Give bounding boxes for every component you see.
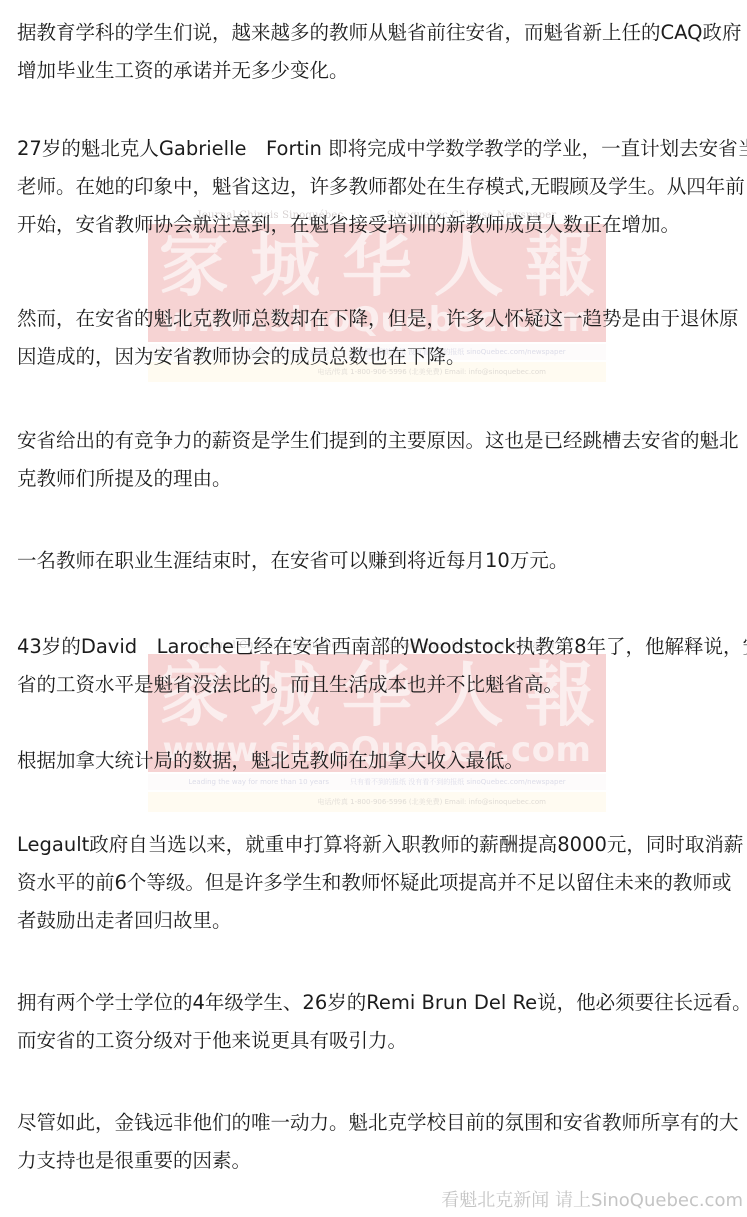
paragraph-line: 拥有两个学士学位的4年级学生、26岁的Remi Brun Del Re说，他必须… <box>17 984 737 1022</box>
paragraph-line: 因造成的，因为安省教师协会的成员总数也在下降。 <box>17 338 737 376</box>
paragraph-line: 而安省的工资分级对于他来说更具有吸引力。 <box>17 1022 737 1060</box>
paragraph-line: 43岁的David Laroche已经在安省西南部的Woodstock执教第8年… <box>17 628 737 666</box>
paragraph-line: 据教育学科的学生们说，越来越多的教师从魁省前往安省，而魁省新上任的CAQ政府 <box>17 14 737 52</box>
paragraph-line: 一名教师在职业生涯结束时，在安省可以赚到将近每月10万元。 <box>17 542 737 580</box>
site-promo-watermark: 看魁北克新闻 请上SinoQuebec.com <box>441 1186 743 1212</box>
paragraph-line: 省的工资水平是魁省没法比的。而且生活成本也并不比魁省高。 <box>17 666 737 704</box>
paragraph: 根据加拿大统计局的数据，魁北克教师在加拿大收入最低。 <box>17 742 737 780</box>
paragraph-line: 者鼓励出走者回归故里。 <box>17 902 737 940</box>
paragraph: 安省给出的有竞争力的薪资是学生们提到的主要原因。这也是已经跳槽去安省的魁北 克教… <box>17 422 737 498</box>
paragraph-line: 根据加拿大统计局的数据，魁北克教师在加拿大收入最低。 <box>17 742 737 780</box>
paragraph-line: 然而，在安省的魁北克教师总数却在下降，但是，许多人怀疑这一趋势是由于退休原 <box>17 300 737 338</box>
paragraph: 27岁的魁北克人Gabrielle Fortin 即将完成中学数学教学的学业，一… <box>17 130 737 244</box>
paragraph-line: 资水平的前6个等级。但是许多学生和教师怀疑此项提高并不足以留住未来的教师或 <box>17 864 737 902</box>
paragraph-line: Legault政府自当选以来，就重申打算将新入职教师的薪酬提高8000元，同时取… <box>17 826 737 864</box>
paragraph-line: 老师。在她的印象中，魁省这边，许多教师都处在生存模式,无暇顾及学生。从四年前 <box>17 168 737 206</box>
paragraph: 尽管如此，金钱远非他们的唯一动力。魁北克学校目前的氛围和安省教师所享有的大 力支… <box>17 1104 737 1180</box>
paragraph: 一名教师在职业生涯结束时，在安省可以赚到将近每月10万元。 <box>17 542 737 580</box>
paragraph: 43岁的David Laroche已经在安省西南部的Woodstock执教第8年… <box>17 628 737 704</box>
paragraph-line: 克教师们所提及的理由。 <box>17 460 737 498</box>
paragraph: 据教育学科的学生们说，越来越多的教师从魁省前往安省，而魁省新上任的CAQ政府 增… <box>17 14 737 90</box>
paragraph-line: 开始，安省教师协会就注意到，在魁省接受培训的新教师成员人数正在增加。 <box>17 206 737 244</box>
paragraph: 然而，在安省的魁北克教师总数却在下降，但是，许多人怀疑这一趋势是由于退休原 因造… <box>17 300 737 376</box>
paragraph: Legault政府自当选以来，就重申打算将新入职教师的薪酬提高8000元，同时取… <box>17 826 737 940</box>
paragraph-line: 27岁的魁北克人Gabrielle Fortin 即将完成中学数学教学的学业，一… <box>17 130 737 168</box>
paragraph-line: 增加毕业生工资的承诺并无多少变化。 <box>17 52 737 90</box>
watermark-contact: 电话/传真 1-800-906-5996 (北美免费) Email: info@… <box>148 792 606 812</box>
paragraph-line: 尽管如此，金钱远非他们的唯一动力。魁北克学校目前的氛围和安省教师所享有的大 <box>17 1104 737 1142</box>
paragraph: 拥有两个学士学位的4年级学生、26岁的Remi Brun Del Re说，他必须… <box>17 984 737 1060</box>
paragraph-line: 安省给出的有竞争力的薪资是学生们提到的主要原因。这也是已经跳槽去安省的魁北 <box>17 422 737 460</box>
paragraph-line: 力支持也是很重要的因素。 <box>17 1142 737 1180</box>
